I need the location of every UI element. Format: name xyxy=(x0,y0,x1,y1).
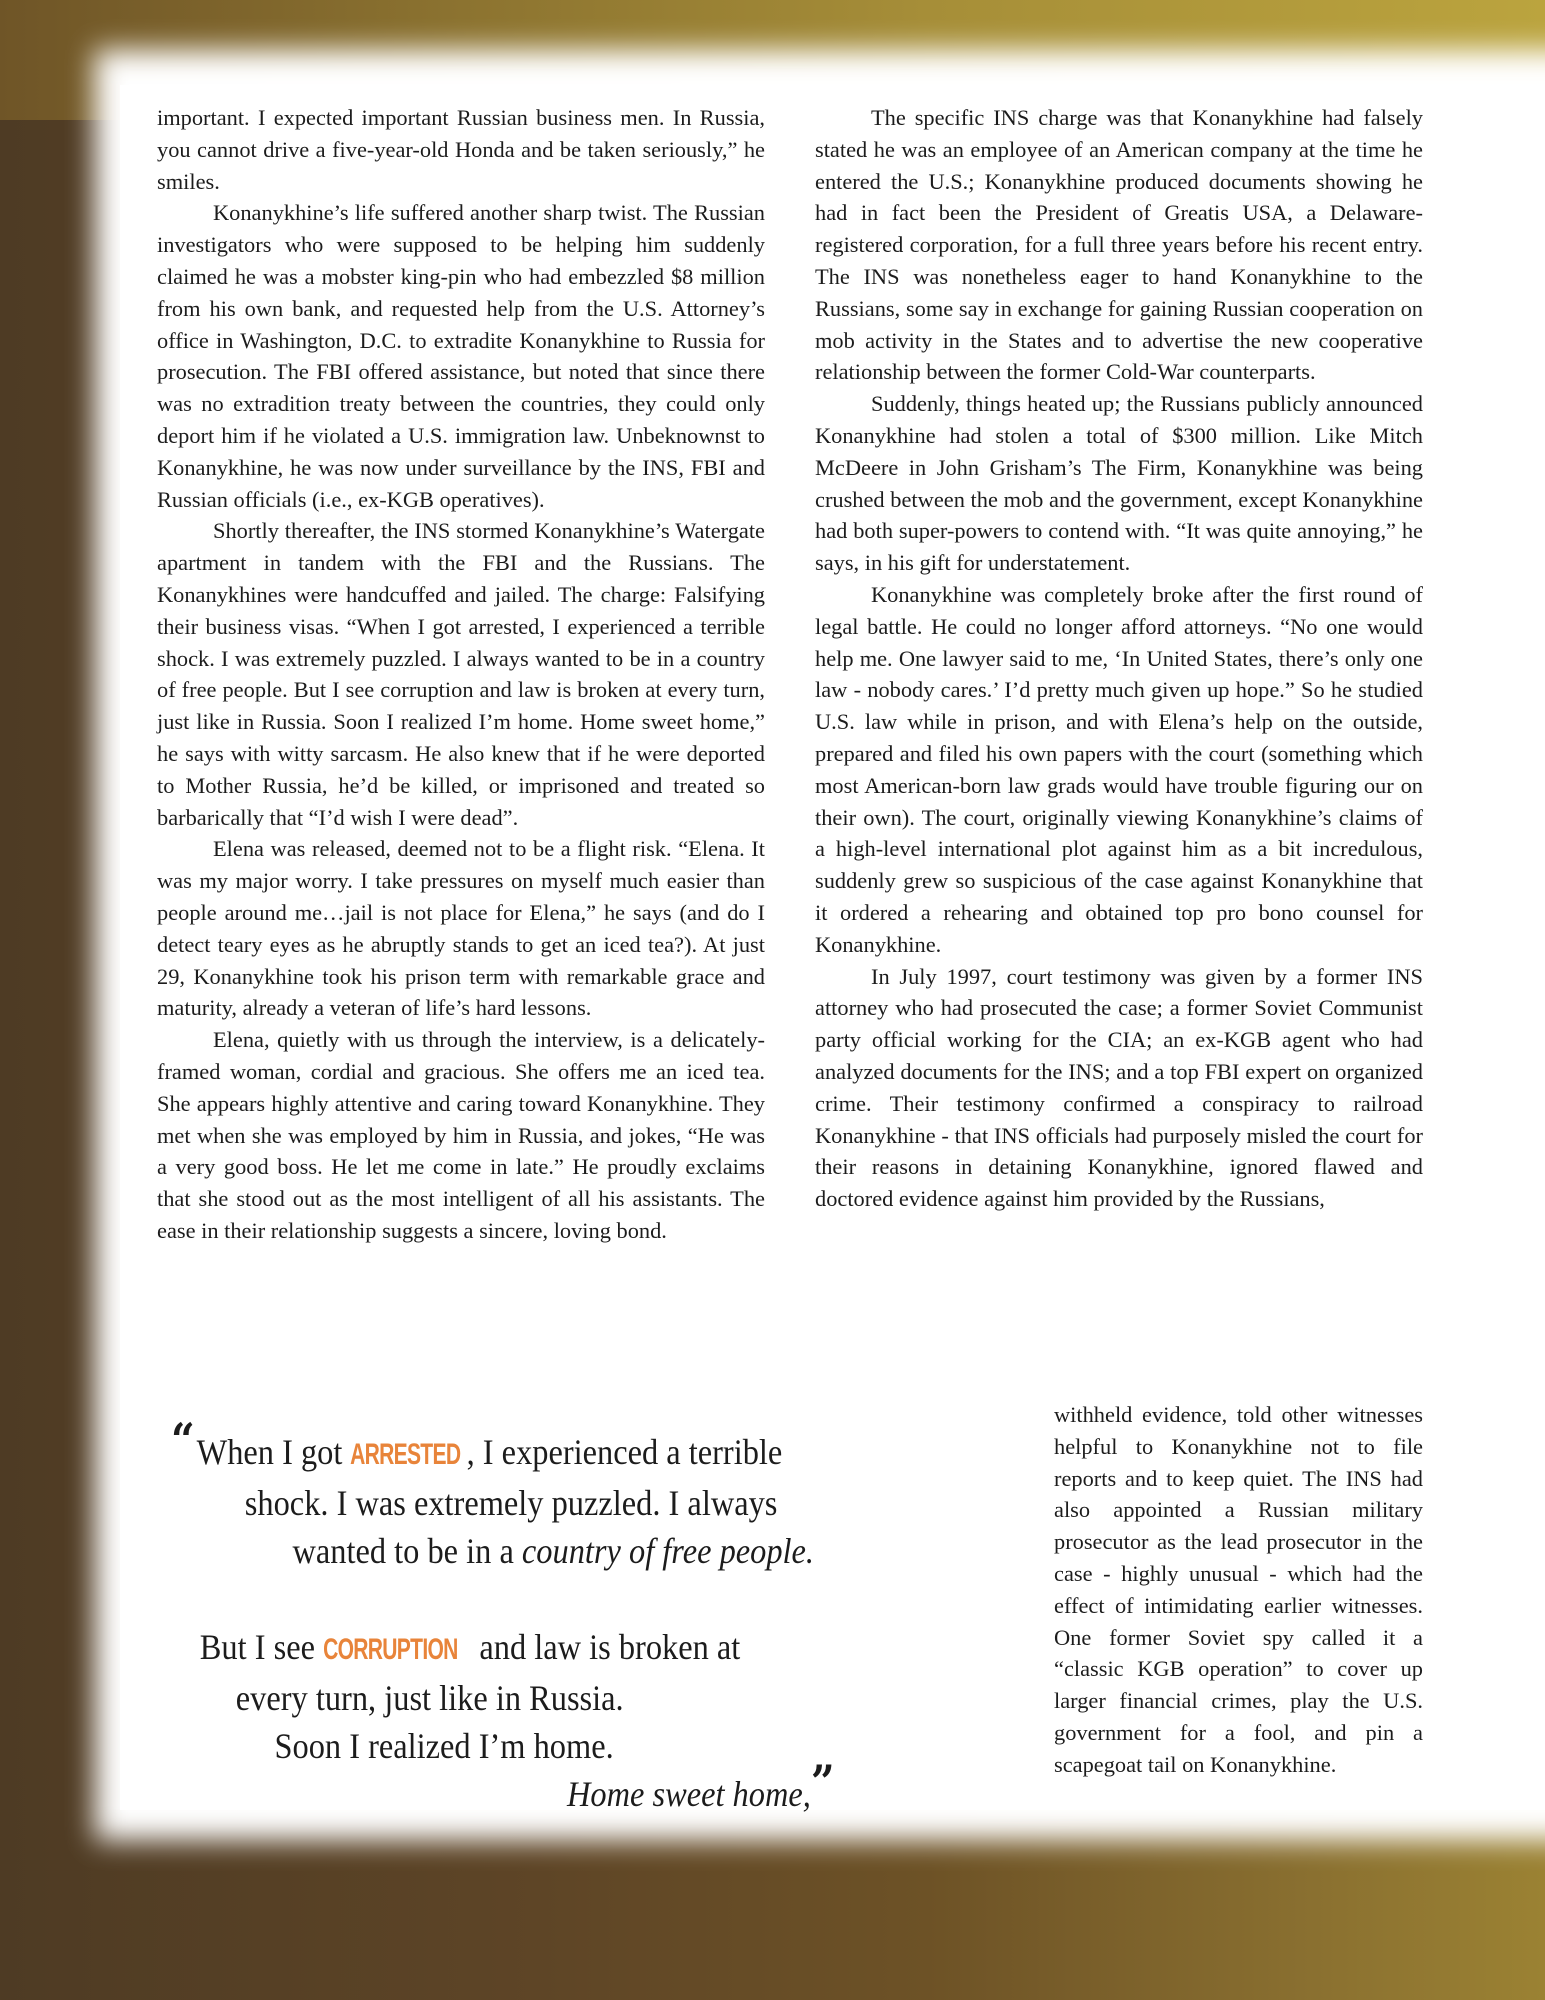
pull-quote-line: But I see CORRUPTION and law is broken a… xyxy=(180,1623,882,1674)
paragraph: Elena was released, deemed not to be a f… xyxy=(157,833,765,1024)
left-column: important. I expected important Russian … xyxy=(157,102,765,1247)
keyword-arrested: ARRESTED xyxy=(350,1431,460,1479)
right-column-continuation: withheld evidence, told other witnesses … xyxy=(1054,1399,1423,1781)
paragraph: In July 1997, court testimony was given … xyxy=(815,961,1423,1215)
pull-quote-text: and law is broken at xyxy=(463,1627,740,1667)
pull-quote-line: every turn, just like in Russia. xyxy=(180,1674,882,1722)
pull-quote-italic: country of free people. xyxy=(522,1531,814,1571)
pull-quote-line: Home sweet home,” xyxy=(180,1770,882,1818)
pull-quote-italic: Home sweet home, xyxy=(567,1774,811,1814)
pull-quote-text: But I see xyxy=(200,1627,323,1667)
pull-quote: “When I got ARRESTED, I experienced a te… xyxy=(180,1428,882,1818)
pull-quote-text: When I got xyxy=(197,1432,351,1472)
keyword-corruption: CORRUPTION xyxy=(323,1626,458,1674)
pull-quote-line: “When I got ARRESTED, I experienced a te… xyxy=(180,1428,882,1479)
close-quote-icon: ” xyxy=(811,1755,835,1809)
paragraph: Elena, quietly with us through the inter… xyxy=(157,1024,765,1247)
paragraph: important. I expected important Russian … xyxy=(157,102,765,197)
paragraph: The specific INS charge was that Konanyk… xyxy=(815,102,1423,388)
pull-quote-text: , I experienced a terrible xyxy=(467,1432,783,1472)
pull-quote-text: wanted to be in a xyxy=(293,1531,522,1571)
paragraph: Konanykhine’s life suffered another shar… xyxy=(157,197,765,515)
paragraph: Konanykhine was completely broke after t… xyxy=(815,579,1423,961)
article-page: important. I expected important Russian … xyxy=(0,0,1545,2000)
paragraph: Shortly thereafter, the INS stormed Kona… xyxy=(157,515,765,833)
pull-quote-line: wanted to be in a country of free people… xyxy=(180,1527,882,1575)
pull-quote-line: Soon I realized I’m home. xyxy=(180,1722,882,1770)
right-column: The specific INS charge was that Konanyk… xyxy=(815,102,1423,1215)
open-quote-icon: “ xyxy=(171,1413,195,1467)
paragraph: Suddenly, things heated up; the Russians… xyxy=(815,388,1423,579)
pull-quote-line: shock. I was extremely puzzled. I always xyxy=(180,1479,882,1527)
paragraph: withheld evidence, told other witnesses … xyxy=(1054,1399,1423,1781)
